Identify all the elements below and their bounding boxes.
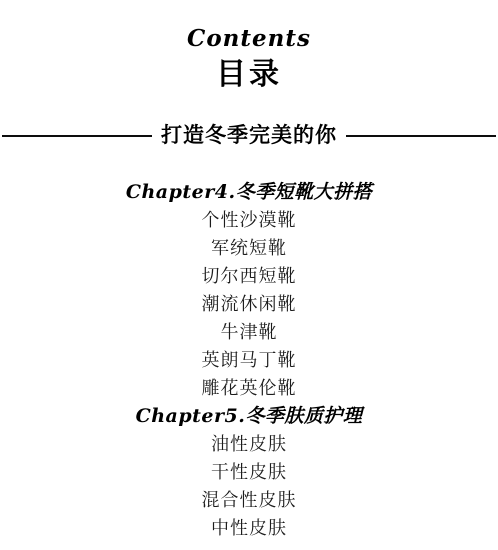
toc-item: 军统短靴	[0, 234, 498, 262]
contents-title-english: Contents	[0, 26, 498, 52]
section-banner-title: 打造冬季完美的你	[161, 124, 337, 148]
section-banner: 打造冬季完美的你	[0, 124, 498, 148]
banner-left-rule	[2, 135, 152, 137]
contents-page: Contents 目录 打造冬季完美的你 Chapter4.冬季短靴大拼搭 个性…	[0, 0, 498, 550]
chapter-4-title: 冬季短靴大拼搭	[236, 182, 373, 203]
toc-item: 切尔西短靴	[0, 262, 498, 290]
chapter-5-heading: Chapter5.冬季肤质护理	[0, 402, 498, 430]
toc-item: 混合性皮肤	[0, 486, 498, 514]
toc-item: 个性沙漠靴	[0, 206, 498, 234]
toc-item: 中性皮肤	[0, 514, 498, 542]
toc-item: 干性皮肤	[0, 458, 498, 486]
chapter-4-prefix: Chapter4.	[126, 181, 236, 203]
toc-item: 油性皮肤	[0, 430, 498, 458]
toc-item: 英朗马丁靴	[0, 346, 498, 374]
chapter-4-heading: Chapter4.冬季短靴大拼搭	[0, 178, 498, 206]
toc-item: 雕花英伦靴	[0, 374, 498, 402]
chapter-5-title: 冬季肤质护理	[245, 406, 362, 427]
banner-right-rule	[346, 135, 496, 137]
contents-title-chinese: 目录	[0, 58, 498, 92]
chapter-5-prefix: Chapter5.	[136, 405, 246, 427]
toc-list: Chapter4.冬季短靴大拼搭 个性沙漠靴 军统短靴 切尔西短靴 潮流休闲靴 …	[0, 178, 498, 542]
toc-item: 牛津靴	[0, 318, 498, 346]
toc-item: 潮流休闲靴	[0, 290, 498, 318]
